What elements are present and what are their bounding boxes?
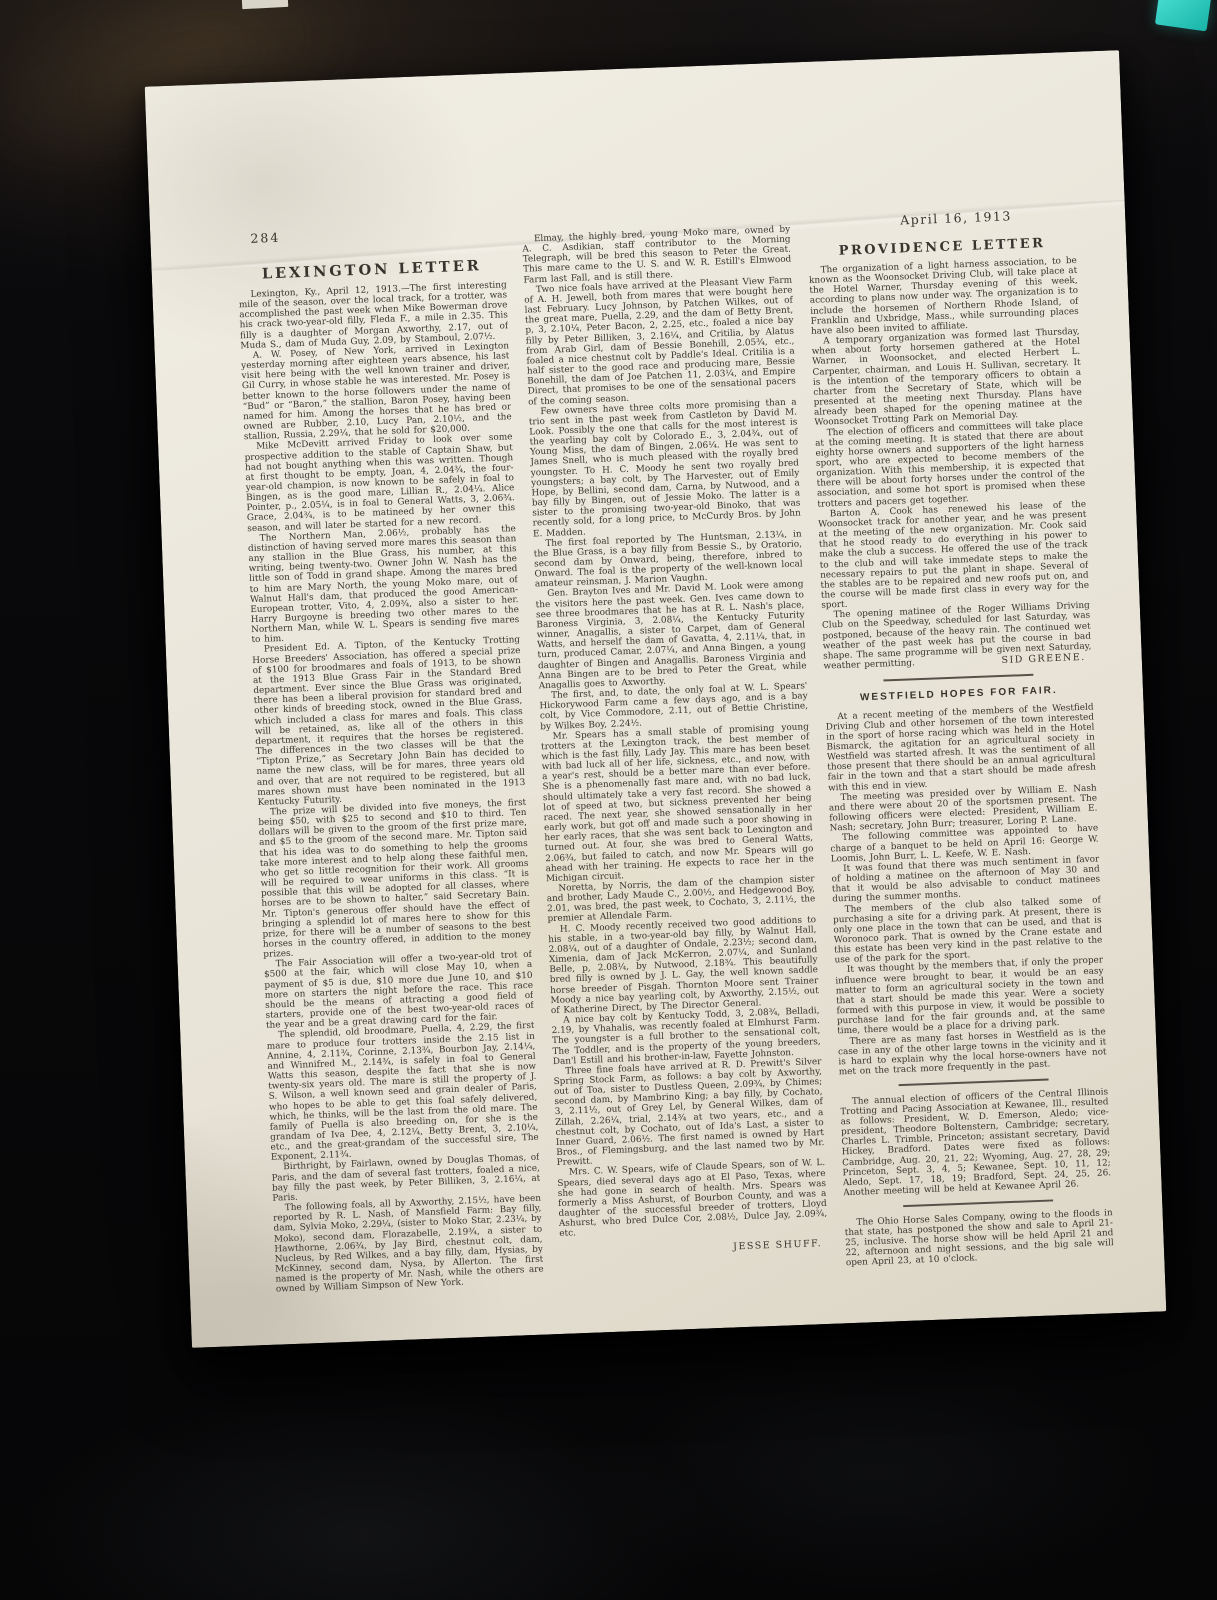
paragraph: The members of the club also talked some… — [833, 895, 1103, 966]
providence-letter-body: The organization of a light harness asso… — [809, 256, 1092, 672]
paragraph: The election of officers and committees … — [815, 418, 1086, 509]
providence-letter-heading: PROVIDENCE LETTER — [808, 235, 1077, 260]
paragraph: The Northern Man, 2.06½, probably has th… — [248, 524, 520, 646]
paragraph: The following foals, all by Axworthy, 2.… — [273, 1194, 545, 1295]
brief-central-illinois-election: The annual election of officers of the C… — [840, 1087, 1112, 1199]
lexington-letter-heading: LEXINGTON LETTER — [237, 256, 506, 283]
paragraph: A. W. Posey, of New York, arrived in Lex… — [241, 341, 513, 442]
paragraph: The prize will be divided into five mone… — [258, 798, 532, 960]
paragraph: Three fine foals have arrived at R. D. P… — [553, 1057, 825, 1169]
paragraph: The Fair Association will offer a two-ye… — [264, 950, 535, 1031]
paragraph: The organization of a light harness asso… — [809, 256, 1080, 337]
page-content: 284 LEXINGTON LETTER Lexington, Ky., Apr… — [236, 200, 1115, 1321]
paragraph: Mrs. C. W. Spears, wife of Claude Spears… — [557, 1158, 828, 1239]
paragraph: Mike McDevitt arrived Friday to look ove… — [244, 433, 516, 534]
section-divider — [903, 1200, 1053, 1207]
paragraph: Gen. Brayton Ives and Mr. David M. Look … — [535, 580, 807, 692]
page-number: 284 — [250, 221, 505, 246]
section-divider — [898, 1079, 1048, 1086]
westfield-heading: WESTFIELD HOPES FOR FAIR. — [825, 683, 1094, 704]
byline-jesse-shuff: JESSE SHUFF. — [560, 1238, 829, 1259]
column-providence: April 16, 1913 PROVIDENCE LETTER The org… — [806, 200, 1115, 1299]
lexington-letter-body: Lexington, Ky., April 12, 1913.—The firs… — [238, 280, 544, 1295]
paragraph: H. C. Moody recently received two good a… — [548, 915, 820, 1016]
column-middle: Elmay, the highly bred, young Moko mare,… — [521, 211, 830, 1310]
paragraph: Two nice foals have arrived at the Pleas… — [524, 275, 797, 407]
section-divider — [883, 674, 1033, 681]
paragraph: Barton A. Cook has renewed his lease of … — [818, 499, 1090, 611]
column-lexington: 284 LEXINGTON LETTER Lexington, Ky., Apr… — [236, 221, 545, 1320]
paragraph: President Ed. A. Tipton, of the Kentucky… — [252, 636, 526, 808]
issue-date: April 16, 1913 — [837, 206, 1076, 230]
brief-ohio-horse-sales: The Ohio Horse Sales Company, owing to t… — [844, 1208, 1114, 1269]
paragraph: It was thought by the members that, if o… — [835, 956, 1106, 1037]
paragraph: Mr. Spears has a small stable of promisi… — [540, 722, 814, 884]
westfield-body: At a recent meeting of the members of th… — [825, 702, 1107, 1077]
paragraph: A temporary organization was formed last… — [811, 327, 1083, 428]
paragraph: Few owners have three colts more promisi… — [528, 397, 801, 539]
paragraph: The splendid, old broodmare, Puella, 4, … — [266, 1021, 539, 1163]
magazine-page: 284 LEXINGTON LETTER Lexington, Ky., Apr… — [145, 50, 1167, 1348]
paragraph: At a recent meeting of the members of th… — [825, 702, 1096, 793]
paragraph: Lexington, Ky., April 12, 1913.—The firs… — [238, 280, 508, 351]
lexington-letter-continued-body: Elmay, the highly bred, young Moko mare,… — [522, 225, 828, 1240]
